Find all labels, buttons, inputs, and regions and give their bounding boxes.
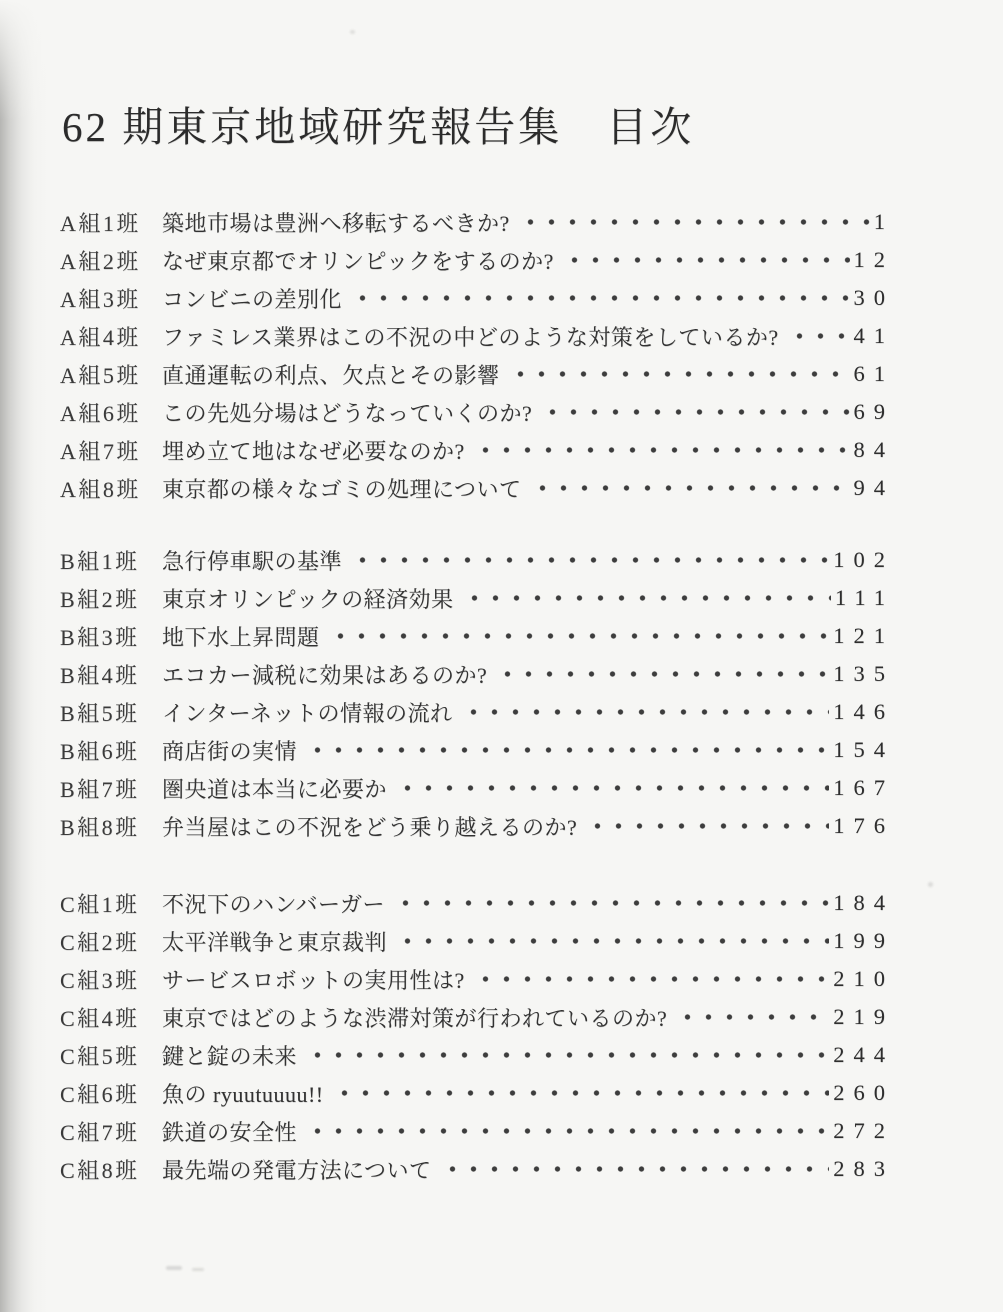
toc-entry: B組1班 急行停車駅の基準 102 bbox=[60, 541, 885, 579]
toc-entry: C組7班 鉄道の安全性 272 bbox=[60, 1112, 885, 1150]
dot-leader bbox=[497, 655, 829, 693]
entry-group-label: A組1班 bbox=[60, 207, 162, 238]
entry-group-label: B組6班 bbox=[60, 735, 162, 766]
entry-page-number: 167 bbox=[833, 775, 894, 801]
entry-group-label: A組5班 bbox=[60, 359, 162, 390]
entry-page-number: 61 bbox=[854, 361, 895, 387]
toc-entry: C組1班 不況下のハンバーガー 184 bbox=[60, 884, 885, 922]
scan-artifact bbox=[928, 882, 933, 887]
entry-group-label: B組2班 bbox=[60, 583, 162, 614]
entry-title: この先処分場はどうなっていくのか? bbox=[162, 397, 532, 428]
entry-group-label: B組1班 bbox=[60, 545, 162, 576]
entry-page-number: 111 bbox=[835, 585, 894, 611]
entry-page-number: 135 bbox=[833, 661, 894, 687]
entry-group-label: C組7班 bbox=[60, 1116, 162, 1147]
scan-artifact bbox=[166, 1266, 182, 1270]
entry-group-label: C組3班 bbox=[60, 964, 162, 995]
entry-group-label: A組7班 bbox=[60, 435, 162, 466]
document-title: 62 期東京地域研究報告集目次 bbox=[62, 94, 694, 153]
entry-group-label: B組4班 bbox=[60, 659, 162, 690]
entry-page-number: 12 bbox=[854, 247, 895, 273]
entry-group-label: B組5班 bbox=[60, 697, 162, 728]
entry-title: インターネットの情報の流れ bbox=[162, 697, 453, 728]
entry-page-number: 199 bbox=[833, 928, 894, 954]
entry-page-number: 1 bbox=[874, 209, 894, 235]
scan-artifact bbox=[350, 30, 355, 34]
dot-leader bbox=[464, 579, 831, 617]
entry-page-number: 244 bbox=[833, 1042, 894, 1068]
dot-leader bbox=[542, 393, 849, 431]
entry-title: 鍵と錠の未来 bbox=[162, 1040, 297, 1071]
toc-entry: B組5班 インターネットの情報の流れ 146 bbox=[60, 693, 885, 731]
table-of-contents: A組1班 築地市場は豊洲へ移転するべきか? 1 A組2班 なぜ東京都でオリンピッ… bbox=[60, 203, 885, 1188]
dot-leader bbox=[520, 203, 870, 241]
entry-page-number: 41 bbox=[854, 323, 895, 349]
entry-page-number: 154 bbox=[833, 737, 894, 763]
entry-title: なぜ東京都でオリンピックをするのか? bbox=[162, 245, 554, 276]
scan-artifact bbox=[192, 1268, 204, 1271]
title-main: 62 期東京地域研究報告集 bbox=[62, 104, 562, 150]
entry-group-label: A組2班 bbox=[60, 245, 162, 276]
toc-entry: A組3班 コンビニの差別化 30 bbox=[60, 279, 885, 317]
dot-leader bbox=[352, 541, 829, 579]
toc-entry: C組5班 鍵と錠の未来 244 bbox=[60, 1036, 885, 1074]
dot-leader bbox=[532, 469, 850, 507]
toc-entry: B組8班 弁当屋はこの不況をどう乗り越えるのか? 176 bbox=[60, 807, 885, 845]
toc-entry: B組2班 東京オリンピックの経済効果 111 bbox=[60, 579, 885, 617]
entry-title: コンビニの差別化 bbox=[162, 283, 342, 314]
dot-leader bbox=[307, 1036, 829, 1074]
dot-leader bbox=[789, 317, 850, 355]
entry-page-number: 102 bbox=[833, 547, 894, 573]
dot-leader bbox=[397, 922, 829, 960]
dot-leader bbox=[395, 884, 829, 922]
toc-entry: C組2班 太平洋戦争と東京裁判 199 bbox=[60, 922, 885, 960]
entry-title: ファミレス業界はこの不況の中どのような対策をしているか? bbox=[162, 321, 779, 352]
entry-page-number: 260 bbox=[833, 1080, 894, 1106]
toc-entry: A組6班 この先処分場はどうなっていくのか? 69 bbox=[60, 393, 885, 431]
entry-title: 不況下のハンバーガー bbox=[162, 888, 385, 919]
toc-entry: C組4班 東京ではどのような渋滞対策が行われているのか? 219 bbox=[60, 998, 885, 1036]
toc-entry: A組8班 東京都の様々なゴミの処理について 94 bbox=[60, 469, 885, 507]
scan-edge-shadow bbox=[0, 0, 48, 1312]
toc-entry: A組5班 直通運転の利点、欠点とその影響 61 bbox=[60, 355, 885, 393]
dot-leader bbox=[307, 731, 829, 769]
dot-leader bbox=[677, 998, 829, 1036]
entry-group-label: C組5班 bbox=[60, 1040, 162, 1071]
entry-title: 地下水上昇問題 bbox=[162, 621, 320, 652]
entry-group-label: A組3班 bbox=[60, 283, 162, 314]
entry-title: 東京オリンピックの経済効果 bbox=[162, 583, 454, 614]
entry-title: 弁当屋はこの不況をどう乗り越えるのか? bbox=[162, 811, 577, 842]
dot-leader bbox=[307, 1112, 829, 1150]
entry-group-label: C組8班 bbox=[60, 1154, 162, 1185]
toc-entry: B組6班 商店街の実情 154 bbox=[60, 731, 885, 769]
entry-title: 鉄道の安全性 bbox=[162, 1116, 297, 1147]
dot-leader bbox=[442, 1150, 830, 1188]
entry-group-label: A組6班 bbox=[60, 397, 162, 428]
toc-entry: A組4班 ファミレス業界はこの不況の中どのような対策をしているか? 41 bbox=[60, 317, 885, 355]
entry-title: 東京ではどのような渋滞対策が行われているのか? bbox=[162, 1002, 667, 1033]
entry-group-label: C組1班 bbox=[60, 888, 162, 919]
toc-entry: A組1班 築地市場は豊洲へ移転するべきか? 1 bbox=[60, 203, 885, 241]
entry-title: 埋め立て地はなぜ必要なのか? bbox=[162, 435, 465, 466]
entry-page-number: 69 bbox=[854, 399, 895, 425]
toc-entry: C組6班 魚の ryuutuuuu!! 260 bbox=[60, 1074, 885, 1112]
dot-leader bbox=[352, 279, 849, 317]
entry-title: 直通運転の利点、欠点とその影響 bbox=[162, 359, 500, 390]
entry-group-label: B組7班 bbox=[60, 773, 162, 804]
entry-title: 太平洋戦争と東京裁判 bbox=[162, 926, 387, 957]
entry-title: エコカー減税に効果はあるのか? bbox=[162, 659, 487, 690]
entry-group-label: C組2班 bbox=[60, 926, 162, 957]
toc-entry: B組7班 圏央道は本当に必要か 167 bbox=[60, 769, 885, 807]
dot-leader bbox=[510, 355, 850, 393]
dot-leader bbox=[587, 807, 829, 845]
dot-leader bbox=[397, 769, 829, 807]
entry-group-label: B組3班 bbox=[60, 621, 162, 652]
section-group-a: A組1班 築地市場は豊洲へ移転するべきか? 1 A組2班 なぜ東京都でオリンピッ… bbox=[60, 203, 885, 507]
entry-group-label: A組4班 bbox=[60, 321, 162, 352]
toc-entry: A組7班 埋め立て地はなぜ必要なのか? 84 bbox=[60, 431, 885, 469]
toc-entry: B組4班 エコカー減税に効果はあるのか? 135 bbox=[60, 655, 885, 693]
entry-page-number: 184 bbox=[833, 890, 894, 916]
toc-entry: B組3班 地下水上昇問題 121 bbox=[60, 617, 885, 655]
entry-title: 築地市場は豊洲へ移転するべきか? bbox=[162, 207, 510, 238]
entry-title: 魚の ryuutuuuu!! bbox=[162, 1078, 324, 1109]
dot-leader bbox=[334, 1074, 830, 1112]
toc-entry: A組2班 なぜ東京都でオリンピックをするのか? 12 bbox=[60, 241, 885, 279]
entry-page-number: 283 bbox=[833, 1156, 894, 1182]
entry-page-number: 219 bbox=[833, 1004, 894, 1030]
entry-title: 急行停車駅の基準 bbox=[162, 545, 342, 576]
entry-title: 最先端の発電方法について bbox=[162, 1154, 432, 1185]
toc-entry: C組3班 サービスロボットの実用性は? 210 bbox=[60, 960, 885, 998]
section-group-c: C組1班 不況下のハンバーガー 184 C組2班 太平洋戦争と東京裁判 199 … bbox=[60, 884, 885, 1188]
toc-entry: C組8班 最先端の発電方法について 283 bbox=[60, 1150, 885, 1188]
entry-page-number: 176 bbox=[833, 813, 894, 839]
entry-title: サービスロボットの実用性は? bbox=[162, 964, 465, 995]
entry-page-number: 272 bbox=[833, 1118, 894, 1144]
dot-leader bbox=[564, 241, 850, 279]
entry-title: 圏央道は本当に必要か bbox=[162, 773, 387, 804]
entry-title: 東京都の様々なゴミの処理について bbox=[162, 473, 522, 504]
entry-page-number: 84 bbox=[854, 437, 895, 463]
section-group-b: B組1班 急行停車駅の基準 102 B組2班 東京オリンピックの経済効果 111… bbox=[60, 541, 885, 845]
entry-group-label: A組8班 bbox=[60, 473, 162, 504]
dot-leader bbox=[463, 693, 830, 731]
entry-group-label: C組6班 bbox=[60, 1078, 162, 1109]
title-toc-label: 目次 bbox=[606, 104, 694, 150]
dot-leader bbox=[475, 960, 829, 998]
entry-page-number: 94 bbox=[854, 475, 895, 501]
dot-leader bbox=[475, 431, 850, 469]
entry-page-number: 146 bbox=[833, 699, 894, 725]
entry-page-number: 210 bbox=[833, 966, 894, 992]
entry-title: 商店街の実情 bbox=[162, 735, 297, 766]
entry-page-number: 30 bbox=[854, 285, 895, 311]
dot-leader bbox=[330, 617, 830, 655]
scanned-page: 62 期東京地域研究報告集目次 A組1班 築地市場は豊洲へ移転するべきか? 1 … bbox=[0, 0, 1003, 1312]
entry-page-number: 121 bbox=[833, 623, 894, 649]
entry-group-label: C組4班 bbox=[60, 1002, 162, 1033]
entry-group-label: B組8班 bbox=[60, 811, 162, 842]
